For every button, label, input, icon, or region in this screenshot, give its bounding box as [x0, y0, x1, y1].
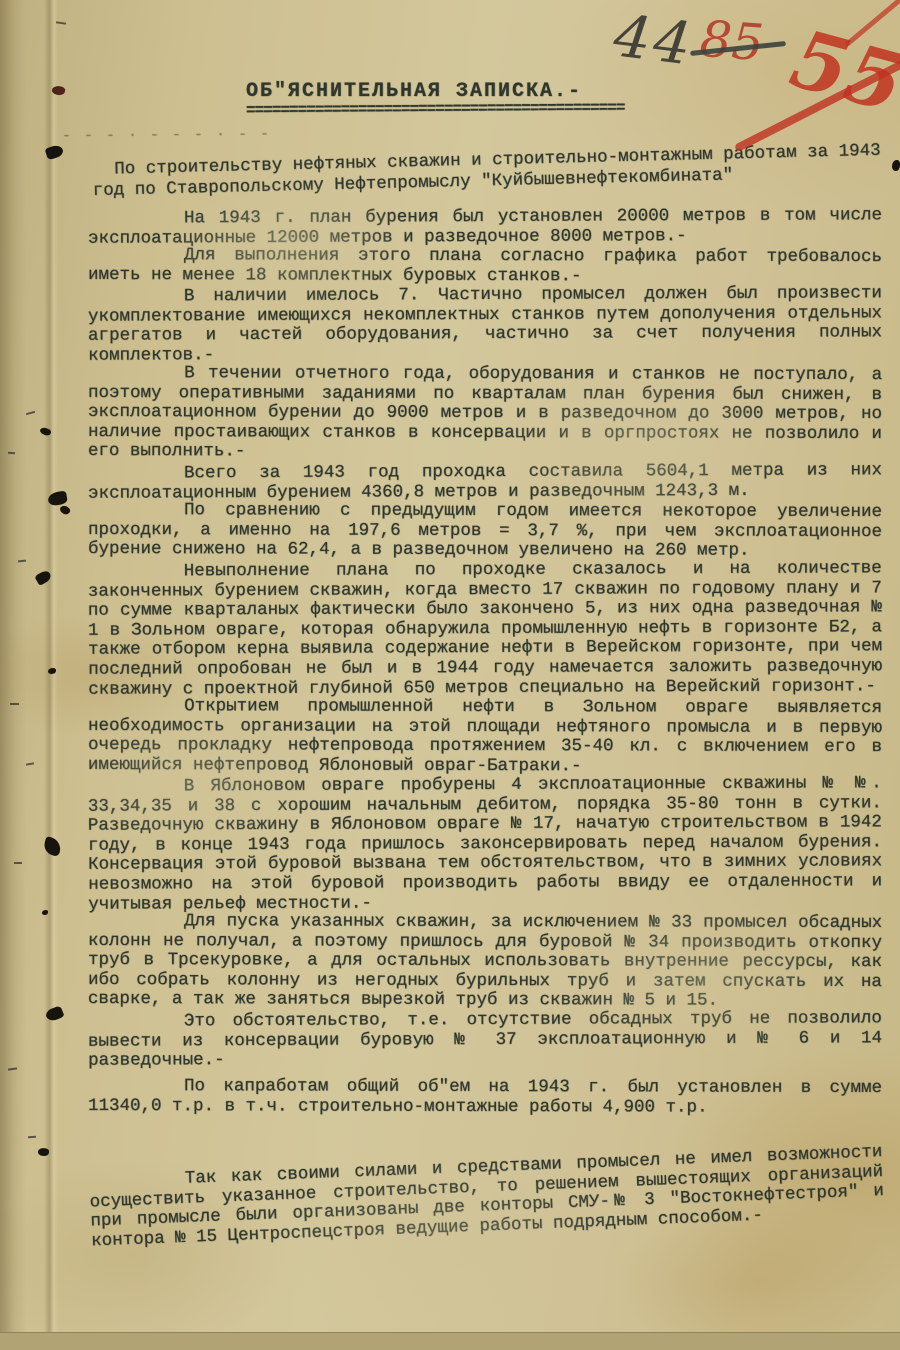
- handwritten-page-number-red-old: 85: [698, 10, 766, 72]
- document-subtitle: По строительству нефтяных скважин и стро…: [92, 140, 885, 201]
- paragraph: По сравнению с предыдущим годом имеется …: [88, 501, 882, 562]
- paragraph: На 1943 г. план бурения был установлен 2…: [88, 206, 882, 249]
- paragraph: Так как своими силами и средствами промы…: [89, 1143, 885, 1252]
- pencil-tick: [10, 703, 19, 705]
- scanned-document-page: 44 85 55 ОБ"ЯСНИТЕЛЬНАЯ ЗАПИСКА.- ======…: [0, 0, 900, 1350]
- paragraph: В Яблоновом овраге пробурены 4 эксплоата…: [88, 774, 883, 915]
- paragraph: Всего за 1943 год проходка составила 560…: [88, 461, 882, 504]
- pencil-tick: [26, 762, 34, 765]
- paragraph: Это обстоятельство, т.е. отсутствие обса…: [88, 1010, 882, 1072]
- handwritten-page-number-pencil: 44: [610, 1, 698, 78]
- title-underline: ========================================…: [246, 99, 666, 120]
- pencil-tick: [28, 1136, 36, 1139]
- paragraph: В течении отчетного года, оборудования и…: [88, 364, 882, 464]
- underlying-page-edge: [0, 1332, 900, 1350]
- paragraph: В наличии имелось 7. Частично промысел д…: [88, 285, 882, 367]
- paragraph: Открытием промышленной нефти в Зольном о…: [88, 697, 882, 777]
- paragraph: По капработам общий об"ем на 1943 г. был…: [88, 1077, 882, 1118]
- paragraph: Невыполнение плана по проходке сказалось…: [88, 559, 883, 700]
- pencil-tick: [14, 862, 22, 864]
- document-body: На 1943 г. план бурения был установлен 2…: [88, 208, 882, 1222]
- page-left-shadow-edge: [0, 0, 26, 1350]
- ink-blot: [892, 160, 900, 171]
- paragraph: Для выполнения этого плана согласно граф…: [88, 246, 882, 287]
- ink-blot: [48, 668, 56, 674]
- paragraph: Для пуска указанных скважин, за исключен…: [88, 912, 882, 1012]
- title-block: ОБ"ЯСНИТЕЛЬНАЯ ЗАПИСКА.- ===============…: [246, 80, 666, 118]
- ink-blot: [59, 504, 72, 517]
- pencil-tick: [26, 411, 35, 415]
